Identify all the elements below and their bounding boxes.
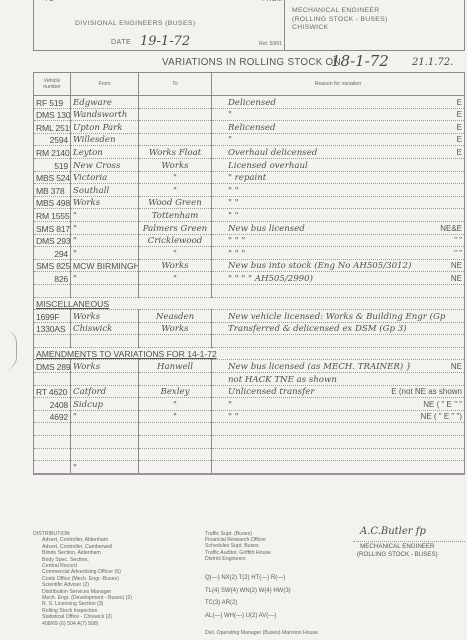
from-cell: " <box>71 209 139 222</box>
vehicle-number: DMS 293 <box>34 234 71 247</box>
table-row <box>34 436 465 449</box>
to-cell: Cricklewood <box>139 234 212 247</box>
from-cell: Works <box>71 196 139 209</box>
from-cell <box>71 423 139 436</box>
table-row <box>34 448 465 461</box>
vehicle-number <box>34 461 71 474</box>
from-cell <box>71 448 139 461</box>
table-row: 1330ASChiswickWorksTransferred & delicen… <box>34 322 465 335</box>
to-label: TO <box>44 0 55 3</box>
to-cell: Bexley <box>139 385 212 398</box>
district-code: " " <box>454 249 462 258</box>
vehicle-number: 2408 <box>34 398 71 411</box>
table-row: 1699FWorksNeasdenNew vehicle licensed: W… <box>34 310 465 323</box>
district-code: NE&E <box>440 224 462 233</box>
reason-text: " <box>214 400 232 410</box>
garage-code-line: AL(—) WH(—) U(2) AV(—) <box>205 610 291 623</box>
vehicle-number <box>34 284 71 297</box>
reason-text: " " <box>214 186 239 196</box>
document-page: TO DIVISIONAL ENGINEERS (BUSES) DATE 19-… <box>0 0 467 640</box>
district-code: E <box>457 135 462 144</box>
table-row: 519New CrossWorksLicensed overhaul <box>34 158 465 171</box>
reason-cell: E" <box>212 108 465 121</box>
vehicle-number <box>34 423 71 436</box>
reason-cell <box>212 436 465 449</box>
garage-code-line: Q(—) NX(2) T(2) HT(—) R(—) <box>205 572 291 585</box>
reason-cell: NE ( " E " "" <box>212 398 465 411</box>
to-cell: Wood Green <box>139 196 212 209</box>
district-code: NE <box>451 362 462 371</box>
from-cell: " <box>71 272 139 285</box>
table-row: " <box>34 461 465 474</box>
from-cell: Wandsworth <box>71 108 139 121</box>
date-label: DATE <box>111 39 131 46</box>
distribution-item: 408/69 (6) 504 A(7) 508) <box>42 621 132 627</box>
to-cell: Works <box>139 322 212 335</box>
page-title: VARIATIONS IN ROLLING STOCK ON <box>162 57 341 68</box>
title-date: 18-1-72 <box>331 52 389 70</box>
from-label: FROM <box>262 0 283 3</box>
from-cell <box>71 284 139 297</box>
table-row: RT 4620CatfordBexleyE (not NE as shownUn… <box>34 385 465 398</box>
to-cell <box>139 284 212 297</box>
reason-cell <box>212 448 465 461</box>
garage-code-line: TL(4) SW(4) WN(2) W(4) HW(3) <box>205 585 291 598</box>
reason-text: Delicensed <box>214 98 276 108</box>
vehicle-number: RT 4620 <box>34 385 71 398</box>
to-cell: " <box>139 410 212 423</box>
to-cell: Palmers Green <box>139 221 212 234</box>
from-cell: Leyton <box>71 146 139 159</box>
district-code: E <box>457 98 462 107</box>
reason-cell: NE ( " E " ")" " <box>212 410 465 423</box>
to-cell: " <box>139 398 212 411</box>
to-cell <box>139 423 212 436</box>
reason-cell: EDelicensed <box>212 96 465 109</box>
to-cell: Tottenham <box>139 209 212 222</box>
section-heading-row: AMENDMENTS TO VARIATIONS FOR 14-1-72 <box>34 347 465 360</box>
section-heading-row: MISCELLANEOUS <box>34 297 465 310</box>
distribution-item: Traffic Auditor, Griffith House <box>205 550 271 556</box>
reason-text: " <box>214 110 232 120</box>
table-row: SMS 825MCW BIRMINGHAMWorksNENew bus into… <box>34 259 465 272</box>
vehicle-number: RM 1555 <box>34 209 71 222</box>
variations-table: Vehicle number From To Reason for variat… <box>33 72 465 475</box>
district-code: E <box>457 110 462 119</box>
table-row <box>34 423 465 436</box>
reason-cell: New vehicle licensed: Works & Building E… <box>212 310 465 323</box>
garage-codes: Q(—) NX(2) T(2) HT(—) R(—)TL(4) SW(4) WN… <box>205 572 291 622</box>
reason-text: Relicensed <box>214 123 275 133</box>
to-cell <box>139 96 212 109</box>
distribution-list: DISTRIBUTION Advert, Controller, Aldenha… <box>33 531 132 627</box>
signature: A.C.Butler fp <box>360 526 426 537</box>
reason-cell <box>212 335 465 348</box>
reason-text: New vehicle licensed: Works & Building E… <box>214 312 445 322</box>
reason-text: Licensed overhaul <box>214 161 308 171</box>
district-code: NE ( " E " " <box>423 400 462 409</box>
reason-cell: Licensed overhaul <box>212 158 465 171</box>
reason-text: " " " " AH505/2990) <box>214 274 313 284</box>
to-cell <box>139 373 212 386</box>
vehicle-number <box>34 373 71 386</box>
vehicle-number: 826 <box>34 272 71 285</box>
district-code: NE <box>451 274 462 283</box>
table-row: not HACK TNE as shown <box>34 373 465 386</box>
distribution-middle: Traffic Supt. (Buses)Financial Research … <box>205 531 271 562</box>
vehicle-number: DMS 289 <box>34 360 71 373</box>
to-cell <box>139 108 212 121</box>
to-cell <box>139 121 212 134</box>
vehicle-number: RM 2140 <box>34 146 71 159</box>
district-code: NE ( " E " ") <box>421 412 462 421</box>
from-cell <box>71 335 139 348</box>
from-cell: " <box>71 234 139 247</box>
from-cell: " <box>71 461 139 474</box>
table-row: DMS 293"Cricklewood" "" " " <box>34 234 465 247</box>
table-row: RML 2519Upton ParkERelicensed <box>34 121 465 134</box>
reason-cell: " " <box>212 209 465 222</box>
to-cell <box>139 133 212 146</box>
signature-line <box>353 541 465 542</box>
to-cell <box>139 461 212 474</box>
table-row: RM 1555"Tottenham" " <box>34 209 465 222</box>
table-row: 826""NE" " " " AH505/2990) <box>34 272 465 285</box>
reason-text: Unlicensed transfer <box>214 387 314 397</box>
to-cell: Neasden <box>139 310 212 323</box>
from-cell: Southall <box>71 184 139 197</box>
reason-cell: NE&ENew bus licensed <box>212 221 465 234</box>
vehicle-number: SMS 825 <box>34 259 71 272</box>
from-cell: Catford <box>71 385 139 398</box>
reason-text: " " " <box>214 236 245 246</box>
district-code: E <box>457 123 462 132</box>
reason-text <box>214 450 228 460</box>
from-cell: Works <box>71 310 139 323</box>
reason-cell: NENew bus licensed (as MECH. TRAINER) } <box>212 360 465 373</box>
section-heading: AMENDMENTS TO VARIATIONS FOR 14-1-72 <box>34 347 465 360</box>
reason-text: " " " <box>214 249 245 259</box>
reason-cell: Transferred & delicensed ex DSM (Gp 3) <box>212 322 465 335</box>
recipient: DIVISIONAL ENGINEERS (BUSES) <box>75 20 195 27</box>
vehicle-number: 1330AS <box>34 322 71 335</box>
from-cell: Sidcup <box>71 398 139 411</box>
reason-text: New bus licensed <box>214 224 305 234</box>
from-cell <box>71 436 139 449</box>
table-row <box>34 284 465 297</box>
table-row: DMS 130WandsworthE" <box>34 108 465 121</box>
signature-title: MECHANICAL ENGINEER (ROLLING STOCK - BUS… <box>357 543 438 559</box>
section-heading: MISCELLANEOUS <box>34 297 465 310</box>
reason-cell: E (not NE as shownUnlicensed transfer <box>212 385 465 398</box>
table-row <box>34 335 465 348</box>
from-cell: " <box>71 221 139 234</box>
from-cell: Willesden <box>71 133 139 146</box>
col-to: To <box>139 73 212 96</box>
table-row: RF 519EdgwareEDelicensed <box>34 96 465 109</box>
reason-text: Overhaul delicensed <box>214 148 317 158</box>
reason-cell: " " <box>212 196 465 209</box>
reason-text <box>214 438 228 448</box>
vehicle-number: MB 378 <box>34 184 71 197</box>
reason-cell: ERelicensed <box>212 121 465 134</box>
vehicle-number: MBS 498 <box>34 196 71 209</box>
to-cell: Works <box>139 259 212 272</box>
vehicle-number <box>34 335 71 348</box>
to-cell: Works Float <box>139 146 212 159</box>
garage-code-line: TC(3) AR(2) <box>205 597 291 610</box>
col-reason: Reason for variation <box>212 73 465 96</box>
reason-text <box>214 287 228 297</box>
reason-cell: " " <box>212 184 465 197</box>
reason-cell: not HACK TNE as shown <box>212 373 465 386</box>
date-value: 19-1-72 <box>140 34 190 49</box>
district-code: E <box>457 148 462 157</box>
vehicle-number: 4692 <box>34 410 71 423</box>
table-row: DMS 289WorksHanwellNENew bus licensed (a… <box>34 360 465 373</box>
table-row: 294""" "" " " <box>34 247 465 260</box>
table-row: MB 378Southall"" " <box>34 184 465 197</box>
vehicle-number: DMS 130 <box>34 108 71 121</box>
to-cell <box>139 448 212 461</box>
reason-text: New bus into stock (Eng No AH505/3012) <box>214 261 411 271</box>
vehicle-number <box>34 448 71 461</box>
vehicle-number: 294 <box>34 247 71 260</box>
from-cell: " <box>71 410 139 423</box>
district-code: " " <box>454 236 462 245</box>
from-cell: New Cross <box>71 158 139 171</box>
vehicle-number: MBS 524 <box>34 171 71 184</box>
reason-text: " " <box>214 412 239 422</box>
reason-cell: NENew bus into stock (Eng No AH505/3012) <box>212 259 465 272</box>
table-row: 4692""NE ( " E " ")" " <box>34 410 465 423</box>
reason-cell: " "" " " <box>212 234 465 247</box>
reason-text: " <box>214 135 232 145</box>
col-vehicle: Vehicle number <box>34 73 71 96</box>
reason-text: not HACK TNE as shown <box>214 375 337 385</box>
from-cell: Upton Park <box>71 121 139 134</box>
from-cell: Edgware <box>71 96 139 109</box>
from-cell: " <box>71 247 139 260</box>
to-cell: " <box>139 247 212 260</box>
reason-cell: " repaint <box>212 171 465 184</box>
vehicle-number: SMS 817 <box>34 221 71 234</box>
to-cell: " <box>139 272 212 285</box>
title-date-amended: 21.1.72. <box>412 57 453 68</box>
reason-text <box>214 463 228 473</box>
reason-cell: NE" " " " AH505/2990) <box>212 272 465 285</box>
reason-text <box>214 337 228 347</box>
to-cell: Hanwell <box>139 360 212 373</box>
reason-cell <box>212 461 465 474</box>
to-cell <box>139 436 212 449</box>
table-row: RM 2140LeytonWorks FloatEOverhaul delice… <box>34 146 465 159</box>
reason-text <box>214 425 228 435</box>
table-row: MBS 498WorksWood Green" " <box>34 196 465 209</box>
to-cell: " <box>139 171 212 184</box>
vehicle-number: RML 2519 <box>34 121 71 134</box>
to-cell: Works <box>139 158 212 171</box>
reason-cell: E" <box>212 133 465 146</box>
to-cell <box>139 335 212 348</box>
to-cell: " <box>139 184 212 197</box>
reason-cell: EOverhaul delicensed <box>212 146 465 159</box>
vehicle-number: 2594 <box>34 133 71 146</box>
reference: Ref. 508/1 <box>259 41 282 47</box>
header-divider <box>284 0 285 50</box>
reason-text: " " <box>214 198 239 208</box>
vehicle-number: 519 <box>34 158 71 171</box>
vehicle-number: RF 519 <box>34 96 71 109</box>
from-cell: Works <box>71 360 139 373</box>
reason-cell: " "" " " <box>212 247 465 260</box>
reason-text: " " <box>214 211 239 221</box>
district-code: E (not NE as shown <box>391 387 462 396</box>
table-row: SMS 817"Palmers GreenNE&ENew bus license… <box>34 221 465 234</box>
table-row: MBS 524Victoria"" repaint <box>34 171 465 184</box>
distribution-footer: Divl. Operating Manager (Buses) Mansion … <box>205 630 318 636</box>
vehicle-number: 1699F <box>34 310 71 323</box>
table-row: 2408Sidcup"NE ( " E " "" <box>34 398 465 411</box>
from-cell: MCW BIRMINGHAM <box>71 259 139 272</box>
table-row: 2594WillesdenE" <box>34 133 465 146</box>
from-cell: Chiswick <box>71 322 139 335</box>
from-cell: Victoria <box>71 171 139 184</box>
reason-text: " repaint <box>214 173 266 183</box>
distribution-item: Commercial Advertising Officer (6) <box>42 569 132 575</box>
margin-pen-mark <box>4 330 17 370</box>
reason-text: Transferred & delicensed ex DSM (Gp 3) <box>214 324 407 334</box>
col-from: From <box>71 73 139 96</box>
reason-cell <box>212 284 465 297</box>
from-address: MECHANICAL ENGINEER (ROLLING STOCK - BUS… <box>292 7 388 33</box>
reason-text: New bus licensed (as MECH. TRAINER) } <box>214 362 411 372</box>
from-cell <box>71 373 139 386</box>
vehicle-number <box>34 436 71 449</box>
district-code: NE <box>451 261 462 270</box>
reason-cell <box>212 423 465 436</box>
distribution-item: District Engineers <box>205 556 271 562</box>
